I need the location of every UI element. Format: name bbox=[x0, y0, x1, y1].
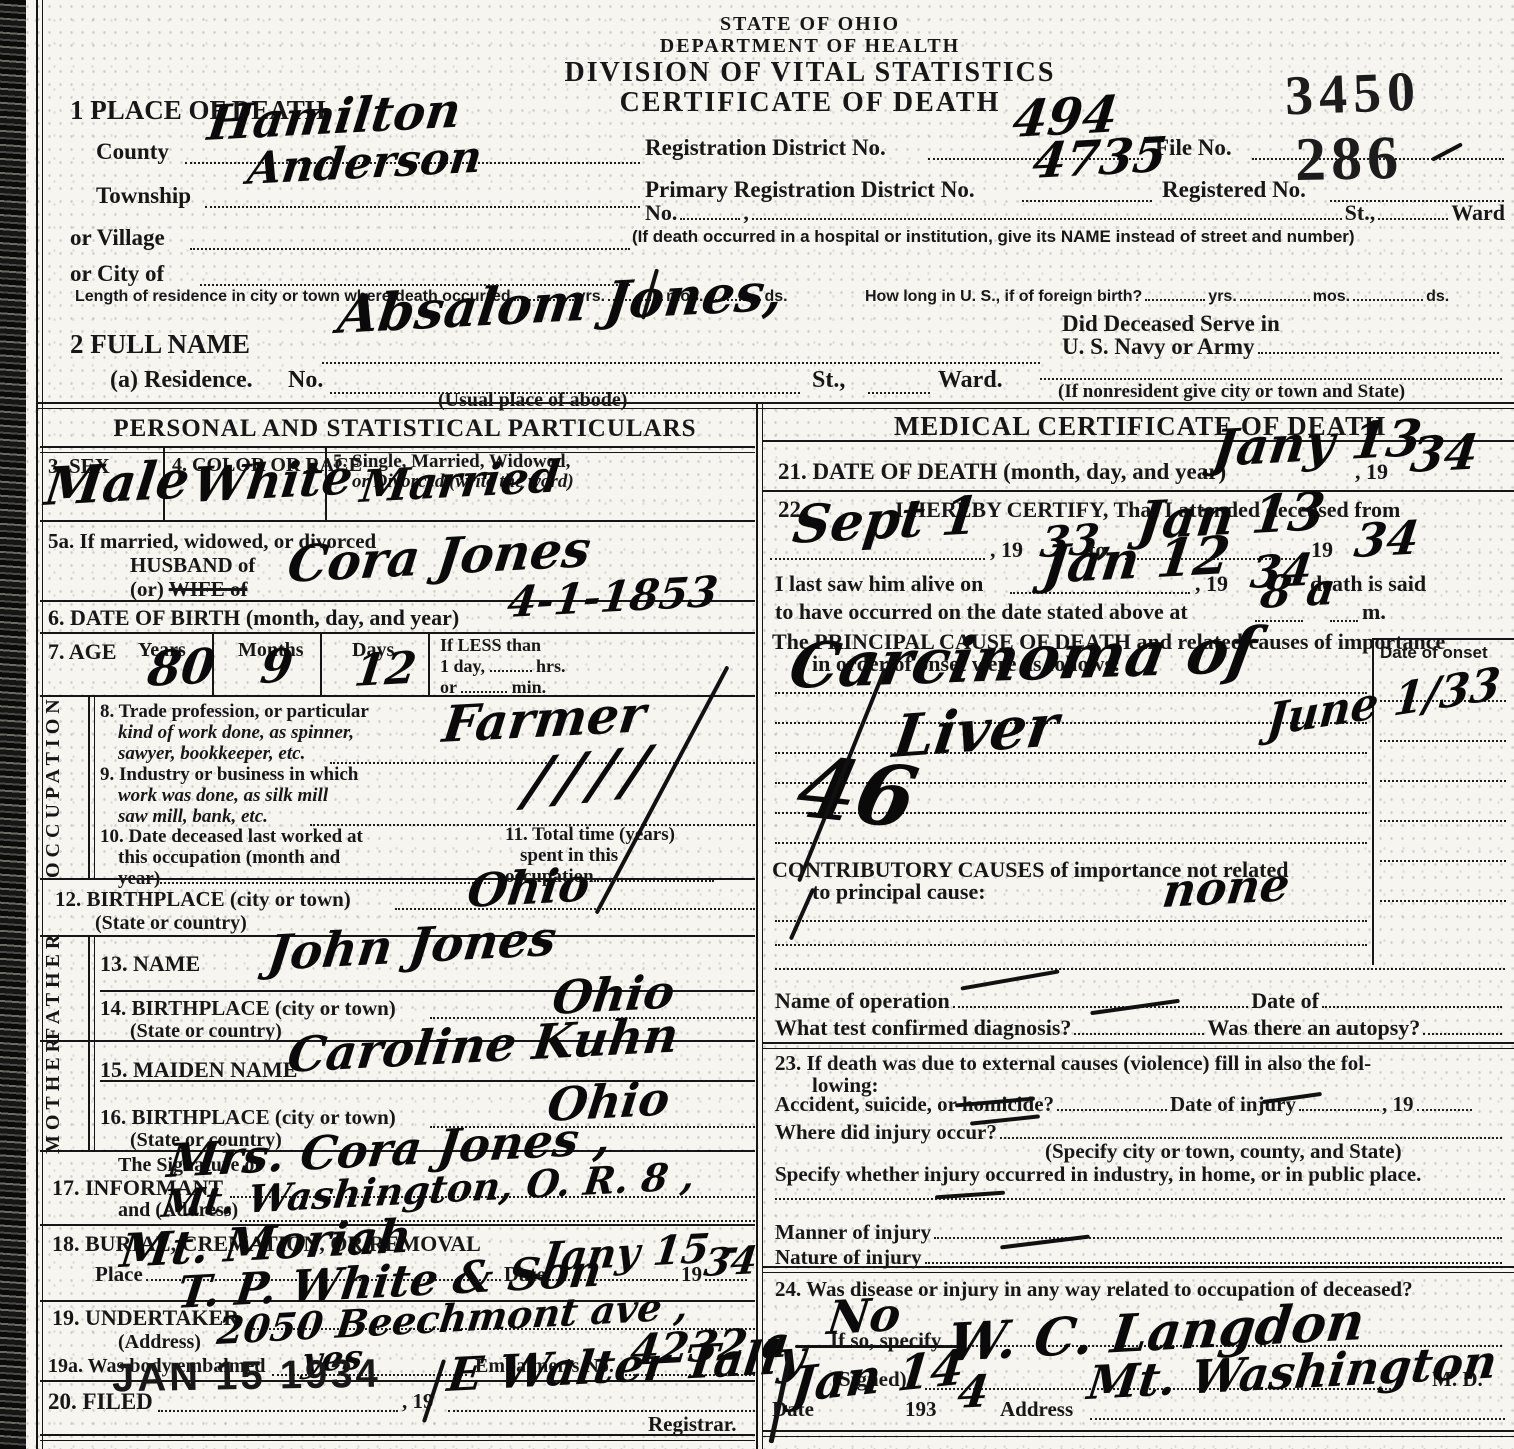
occ11-label-1: 11. Total time (years) bbox=[505, 825, 675, 845]
occ9-label-2: work was done, as silk mill bbox=[118, 786, 328, 806]
certify-from-value: Sept 1 bbox=[790, 490, 981, 552]
mother-name-value: Caroline Kuhn bbox=[285, 1011, 681, 1080]
dod-19: , 19 bbox=[1355, 460, 1388, 483]
husband-of-label: HUSBAND of bbox=[130, 554, 255, 576]
hospital-note: (If death occurred in a hospital or inst… bbox=[632, 228, 1355, 246]
village-label: or Village bbox=[70, 226, 165, 250]
undertaker-addr-label: (Address) bbox=[118, 1332, 201, 1353]
dotted-line bbox=[775, 968, 1505, 970]
section-divider bbox=[38, 402, 1514, 409]
operation-line: Name of operationDate of bbox=[775, 988, 1505, 1014]
nonresident-note: (If nonresident give city or town and St… bbox=[1058, 382, 1405, 402]
foreign-label: How long in U. S., if of foreign birth? bbox=[865, 288, 1142, 306]
full-name-value: Absalom Jones, bbox=[335, 266, 786, 342]
dotted-line bbox=[770, 558, 985, 560]
sig-addr-label: Address bbox=[1000, 1398, 1073, 1420]
dotted-leader bbox=[1423, 1033, 1502, 1035]
township-line bbox=[205, 206, 640, 208]
rule bbox=[40, 520, 755, 522]
wife-of-label: WIFE of bbox=[169, 577, 248, 601]
test-line: What test confirmed diagnosis?Was there … bbox=[775, 1015, 1505, 1041]
residence-ward-label: Ward. bbox=[938, 368, 1003, 393]
inner-divider bbox=[88, 935, 95, 1040]
operation-date-label: Date of bbox=[1251, 988, 1319, 1014]
race-value: White bbox=[190, 453, 355, 510]
dob-value: 4-1-1853 bbox=[505, 571, 720, 624]
bottom-rule-left bbox=[40, 1434, 755, 1441]
reg-district-label: Registration District No. bbox=[645, 136, 886, 160]
county-label: County bbox=[96, 140, 169, 164]
residence-ward-line bbox=[868, 392, 930, 394]
navy-label-2: U. S. Navy or Army bbox=[1062, 334, 1502, 360]
burial-year-value: 34 bbox=[702, 1241, 760, 1282]
contributory-value: none bbox=[1160, 861, 1292, 914]
rule bbox=[40, 878, 755, 880]
registered-no-stamp: 286 bbox=[1294, 127, 1403, 191]
age-months-value: 9 bbox=[258, 642, 296, 690]
or-label: (or) bbox=[130, 577, 164, 601]
test-label: What test confirmed diagnosis? bbox=[775, 1015, 1071, 1041]
primary-district-value: 4735 bbox=[1030, 131, 1169, 186]
foreign-birth-line: How long in U. S., if of foreign birth?y… bbox=[865, 288, 1465, 306]
yrs2-label: yrs. bbox=[1208, 288, 1236, 306]
occurred-m-label: m. bbox=[1362, 600, 1386, 623]
lastsaw-label: I last saw him alive on bbox=[775, 572, 983, 595]
sig-date-value: Jan 14 bbox=[790, 1343, 966, 1410]
mother-vertical-label: MOTHER bbox=[42, 1046, 65, 1154]
city-label: or City of bbox=[70, 262, 164, 286]
street-line: No.,St.,Ward bbox=[645, 200, 1505, 226]
bottom-rule-right bbox=[762, 1430, 1514, 1437]
age-label: 7. AGE bbox=[48, 640, 116, 663]
header-division: DIVISION OF VITAL STATISTICS bbox=[520, 58, 1100, 87]
dotted-line bbox=[775, 1198, 1505, 1200]
occ8-label-1: 8. Trade profession, or particular bbox=[100, 702, 369, 722]
contributory-label-2: to principal cause: bbox=[812, 880, 986, 903]
bp-sub-label: (State or country) bbox=[95, 913, 247, 934]
nonresident-line bbox=[1040, 378, 1502, 380]
or-wife-label: (or) WIFE of bbox=[130, 578, 247, 600]
accident-line: Accident, suicide, or homicide?Date of i… bbox=[775, 1092, 1505, 1117]
cell-divider bbox=[428, 632, 430, 695]
occ9-label-3: saw mill, bank, etc. bbox=[118, 807, 268, 827]
header-state: STATE OF OHIO bbox=[520, 14, 1100, 35]
onset-row-line bbox=[1380, 820, 1506, 822]
registered-no-label: Registered No. bbox=[1162, 178, 1306, 202]
dotted-leader bbox=[1074, 1033, 1204, 1035]
dotted-leader bbox=[1322, 1006, 1502, 1008]
marital-value: Married bbox=[358, 455, 562, 510]
cause-value-3: 46 bbox=[790, 745, 924, 840]
injury-19: , 19 bbox=[1382, 1092, 1414, 1117]
residence-no-label: No. bbox=[288, 368, 323, 393]
age-years-value: 80 bbox=[145, 642, 218, 694]
binding-edge bbox=[0, 0, 26, 1449]
occ8-label-2: kind of work done, as spinner, bbox=[118, 723, 354, 743]
file-no-stamp: 3450 bbox=[1284, 64, 1422, 125]
full-name-label: 2 FULL NAME bbox=[70, 330, 250, 358]
where-label: Where did injury occur? bbox=[775, 1120, 997, 1145]
inner-divider bbox=[88, 695, 95, 878]
external-label-1: 23. If death was due to external causes … bbox=[775, 1052, 1371, 1074]
less-label-2: 1 day, hrs. bbox=[440, 657, 566, 676]
township-value: Anderson bbox=[245, 135, 484, 192]
cause-value-1: Carcinoma of bbox=[785, 619, 1261, 698]
manner-label: Manner of injury bbox=[775, 1220, 931, 1245]
dotted-leader bbox=[1299, 1109, 1379, 1111]
dod-value: Jany 13 bbox=[1210, 413, 1424, 474]
mother-name-label: 15. MAIDEN NAME bbox=[100, 1058, 297, 1081]
occ9-value: //// bbox=[520, 737, 663, 814]
ds2-label: ds. bbox=[1426, 288, 1449, 306]
sex-value: Male bbox=[42, 454, 192, 514]
certify-19a: , 19 bbox=[990, 538, 1023, 561]
dotted-leader bbox=[1145, 299, 1205, 301]
father-name-label: 13. NAME bbox=[100, 952, 200, 975]
father-vertical-label: FATHER bbox=[42, 940, 65, 1040]
st-label: St., bbox=[1345, 200, 1376, 226]
dotted-leader bbox=[1258, 352, 1499, 354]
personal-title: PERSONAL AND STATISTICAL PARTICULARS bbox=[60, 416, 750, 442]
autopsy-label: Was there an autopsy? bbox=[1207, 1015, 1420, 1041]
onset-box-top bbox=[1372, 638, 1514, 640]
occ10-label-1: 10. Date deceased last worked at bbox=[100, 827, 363, 847]
onset-header: Date of onset bbox=[1380, 644, 1488, 662]
dotted-leader bbox=[752, 218, 1342, 220]
dotted-line bbox=[775, 944, 1367, 946]
township-label: Township bbox=[96, 184, 191, 208]
injury-date-label: Date of injury bbox=[1170, 1092, 1296, 1117]
dotted-leader bbox=[953, 1006, 1248, 1008]
death-certificate-scan: STATE OF OHIO DEPARTMENT OF HEALTH DIVIS… bbox=[0, 0, 1514, 1449]
father-bp-label: 14. BIRTHPLACE (city or town) bbox=[100, 997, 396, 1019]
onset-row-line bbox=[1380, 780, 1506, 782]
navy2-text: U. S. Navy or Army bbox=[1062, 334, 1255, 360]
dotted-leader bbox=[1353, 299, 1423, 301]
rule bbox=[40, 632, 755, 634]
rule bbox=[762, 1266, 1514, 1273]
header-dept: DEPARTMENT OF HEALTH bbox=[520, 36, 1100, 57]
filed-stamp: JAN 15 1934 bbox=[112, 1354, 381, 1399]
residence-label: (a) Residence. bbox=[110, 368, 253, 393]
occ8-label-3: sawyer, bookkeeper, etc. bbox=[118, 744, 305, 764]
registrar-signature: E Walter Tally bbox=[445, 1333, 808, 1398]
dotted-line bbox=[1255, 620, 1303, 622]
age-days-value: 12 bbox=[352, 646, 419, 694]
operation-label: Name of operation bbox=[775, 988, 950, 1014]
ward-label: Ward bbox=[1451, 200, 1505, 226]
column-divider bbox=[756, 404, 763, 1449]
lastsaw-19: , 19 bbox=[1195, 572, 1228, 595]
registrar-label: Registrar. bbox=[648, 1413, 736, 1435]
residence-st-label: St., bbox=[812, 368, 845, 393]
inner-divider bbox=[88, 1040, 95, 1150]
pen-slash bbox=[789, 888, 815, 941]
onset-row-line bbox=[1380, 900, 1506, 902]
occ9-label-1: 9. Industry or business in which bbox=[100, 765, 358, 785]
certify-to-year: 34 bbox=[1352, 514, 1422, 564]
bp-label: 12. BIRTHPLACE (city or town) bbox=[55, 888, 351, 910]
dotted-leader bbox=[1417, 1109, 1472, 1111]
full-name-line bbox=[322, 362, 1040, 364]
navy-label-1: Did Deceased Serve in bbox=[1062, 312, 1280, 336]
onset-row-line bbox=[1380, 860, 1506, 862]
occurred-time: 8 a bbox=[1258, 568, 1338, 616]
rule bbox=[762, 1042, 1514, 1049]
onset-value: June 1/33 bbox=[1265, 662, 1502, 744]
dotted-line bbox=[775, 920, 1367, 922]
dotted-leader bbox=[1378, 218, 1448, 220]
manner-line: Manner of injury bbox=[775, 1220, 1505, 1245]
dotted-line bbox=[1330, 620, 1358, 622]
dob-label: 6. DATE OF BIRTH (month, day, and year) bbox=[48, 606, 459, 629]
dod-year: 34 bbox=[1408, 428, 1481, 480]
occ10-label-2: this occupation (month and bbox=[118, 848, 340, 868]
dotted-leader bbox=[925, 1262, 1502, 1264]
onset-row-line bbox=[1380, 740, 1506, 742]
accident-label: Accident, suicide, or homicide? bbox=[775, 1092, 1054, 1117]
primary-district-label: Primary Registration District No. bbox=[645, 178, 975, 202]
filed-line bbox=[158, 1410, 398, 1412]
cell-divider bbox=[320, 632, 322, 695]
specify-city-note: (Specify city or town, county, and State… bbox=[1045, 1140, 1402, 1162]
mos2-label: mos. bbox=[1313, 288, 1350, 306]
bp-value: Ohio bbox=[465, 861, 592, 914]
dotted-leader bbox=[1057, 1109, 1167, 1111]
dotted-leader bbox=[1240, 299, 1310, 301]
no-label: No. bbox=[645, 200, 677, 226]
occupation-vertical-label: OCCUPATION bbox=[42, 700, 65, 878]
father-name-value: John Jones bbox=[265, 915, 559, 978]
specify-place-label: Specify whether injury occurred in indus… bbox=[775, 1163, 1421, 1185]
village-line bbox=[190, 248, 630, 250]
dotted-leader bbox=[934, 1237, 1502, 1239]
sig-addr-line bbox=[1090, 1418, 1505, 1420]
sig-year: 4 bbox=[955, 1370, 991, 1416]
father-bp-sub: (State or country) bbox=[130, 1021, 282, 1042]
dod-label: 21. DATE OF DEATH (month, day, and year) bbox=[778, 460, 1226, 484]
dotted-leader bbox=[680, 218, 740, 220]
sig-193: 193 bbox=[905, 1398, 937, 1420]
less-label-1: If LESS than bbox=[440, 636, 541, 655]
